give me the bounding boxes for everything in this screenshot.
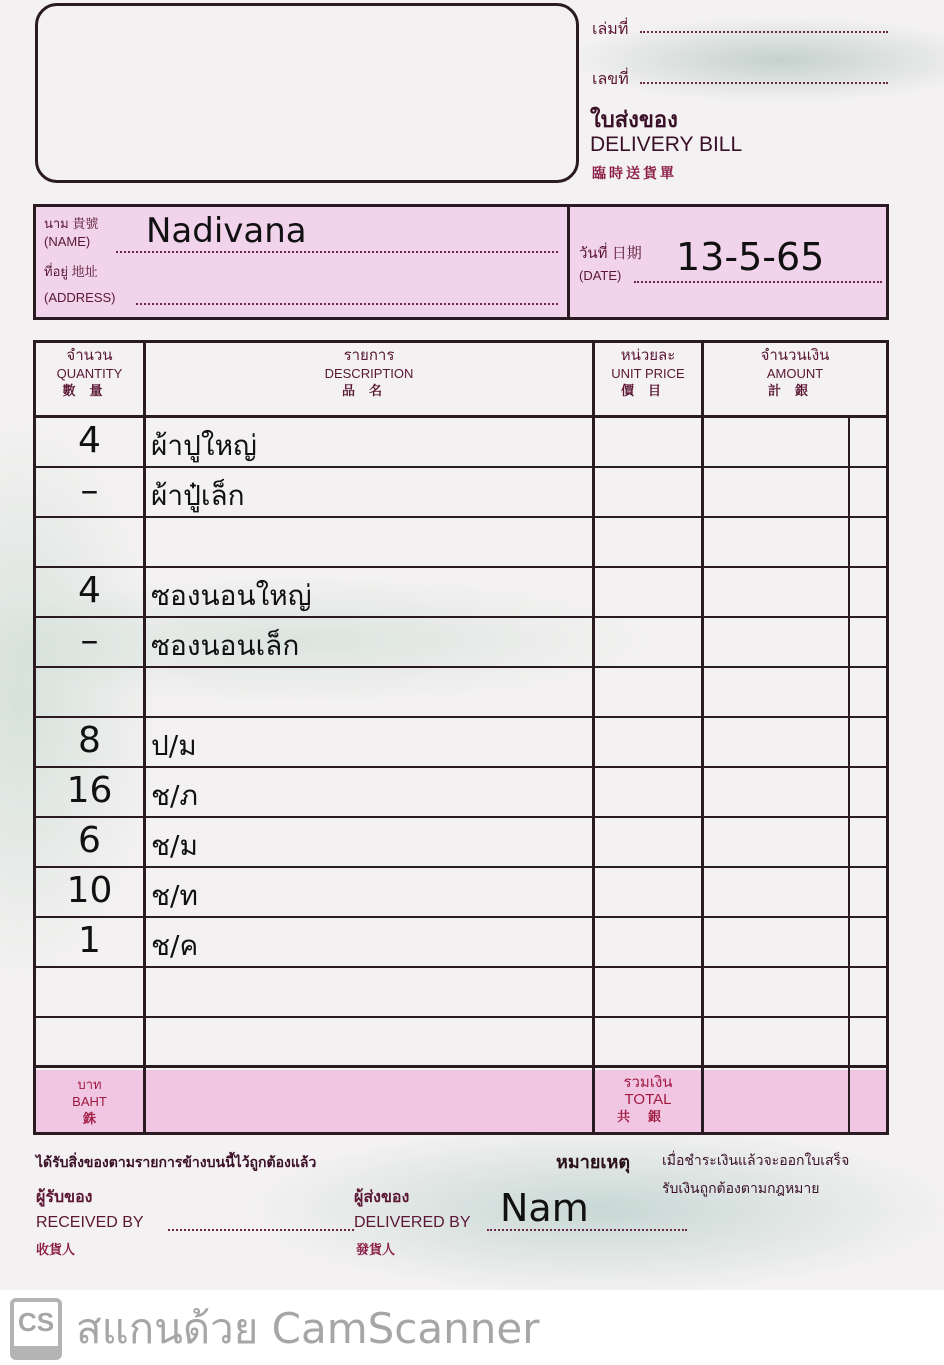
bill-number-field[interactable] bbox=[640, 82, 888, 84]
camscanner-text: สแกนด้วย CamScanner bbox=[76, 1296, 539, 1362]
remark-line-1: เมื่อชำระเงินแล้วจะออกใบเสร็จ bbox=[662, 1150, 849, 1172]
date-dotted-line bbox=[634, 281, 882, 283]
table-row[interactable] bbox=[36, 968, 886, 1018]
table-row[interactable]: 4ผ้าปูใหญ่ bbox=[36, 418, 886, 468]
name-label-th: นาม 貴號 bbox=[44, 217, 98, 231]
camscanner-logo-icon: CS bbox=[10, 1298, 62, 1360]
table-row[interactable]: –ผ้าปู๋เล็ก bbox=[36, 468, 886, 518]
delivered-by-value[interactable]: Nam bbox=[500, 1186, 589, 1230]
delivered-by-field bbox=[487, 1229, 687, 1231]
table-row[interactable]: 6ช/ม bbox=[36, 818, 886, 868]
table-row[interactable]: 8ป/ม bbox=[36, 718, 886, 768]
received-by-label-en: RECEIVED BY bbox=[36, 1214, 144, 1232]
received-by-label-cn: 收貨人 bbox=[36, 1239, 75, 1258]
date-value[interactable]: 13-5-65 bbox=[676, 235, 824, 279]
customer-info-box: นาม 貴號 (NAME) Nadivana ที่อยู่ 地址 (ADDRE… bbox=[33, 204, 889, 320]
remark-line-2: รับเงินถูกต้องตามกฎหมาย bbox=[662, 1178, 819, 1200]
column-rule-price bbox=[701, 343, 704, 1132]
baht-label: บาท BAHT 銖 bbox=[36, 1076, 143, 1127]
received-by-field[interactable] bbox=[168, 1229, 354, 1231]
blank-stamp-box bbox=[35, 3, 579, 183]
date-label-en: (DATE) bbox=[579, 269, 621, 283]
title-thai: ใบส่งของ bbox=[590, 102, 678, 137]
header-amount: จำนวนเงิน AMOUNT 計銀 bbox=[704, 347, 886, 400]
delivered-by-label-en: DELIVERED BY bbox=[354, 1214, 470, 1232]
table-row[interactable]: –ซองนอนเล็ก bbox=[36, 618, 886, 668]
table-row[interactable]: 4ซองนอนใหญ่ bbox=[36, 568, 886, 618]
table-row[interactable] bbox=[36, 518, 886, 568]
bill-number-label: เลขที่ bbox=[592, 67, 629, 92]
column-rule-satang bbox=[848, 418, 850, 1132]
table-header: จำนวน QUANTITY 數量 รายการ DESCRIPTION 品名 … bbox=[36, 343, 886, 418]
remark-label: หมายเหตุ bbox=[556, 1147, 630, 1176]
customer-name-value[interactable]: Nadivana bbox=[146, 211, 307, 251]
address-label-th: ที่อยู่ 地址 bbox=[44, 265, 98, 279]
total-label: รวมเงิน TOTAL 共銀 bbox=[595, 1074, 701, 1126]
items-table: จำนวน QUANTITY 數量 รายการ DESCRIPTION 品名 … bbox=[33, 340, 889, 1135]
title-chinese: 臨時送貨單 bbox=[592, 163, 677, 183]
info-divider bbox=[567, 207, 570, 317]
name-label-en: (NAME) bbox=[44, 235, 90, 249]
table-row[interactable]: 1ช/ค bbox=[36, 918, 886, 968]
received-note: ได้รับสิ่งของตามรายการข้างบนนี้ไว้ถูกต้อ… bbox=[36, 1152, 316, 1174]
delivered-by-label-cn: 發貨人 bbox=[356, 1239, 395, 1258]
camscanner-watermark: CS สแกนด้วย CamScanner bbox=[0, 1290, 944, 1365]
delivered-by-label-th: ผู้ส่งของ bbox=[354, 1185, 409, 1210]
address-field[interactable] bbox=[136, 303, 558, 305]
delivery-bill-paper: เล่มที่ เลขที่ ใบส่งของ DELIVERY BILL 臨時… bbox=[0, 0, 944, 1290]
book-number-field[interactable] bbox=[640, 31, 888, 33]
address-label-en: (ADDRESS) bbox=[44, 291, 116, 305]
received-by-label-th: ผู้รับของ bbox=[36, 1185, 92, 1210]
header-unit-price: หน่วยละ UNIT PRICE 價目 bbox=[595, 347, 701, 400]
name-dotted-line bbox=[116, 251, 558, 253]
table-row[interactable] bbox=[36, 668, 886, 718]
book-number-label: เล่มที่ bbox=[592, 17, 628, 42]
table-row[interactable] bbox=[36, 1018, 886, 1068]
header-quantity: จำนวน QUANTITY 數量 bbox=[36, 347, 143, 400]
header-description: รายการ DESCRIPTION 品名 bbox=[146, 347, 592, 400]
title-english: DELIVERY BILL bbox=[590, 133, 742, 157]
table-row[interactable]: 10ช/ท bbox=[36, 868, 886, 918]
column-rule-qty bbox=[143, 343, 146, 1132]
date-label-th: วันที่ 日期 bbox=[579, 247, 642, 261]
total-row: บาท BAHT 銖 รวมเงิน TOTAL 共銀 bbox=[36, 1070, 886, 1132]
table-row[interactable]: 16ช/ภ bbox=[36, 768, 886, 818]
column-rule-desc bbox=[592, 343, 595, 1132]
